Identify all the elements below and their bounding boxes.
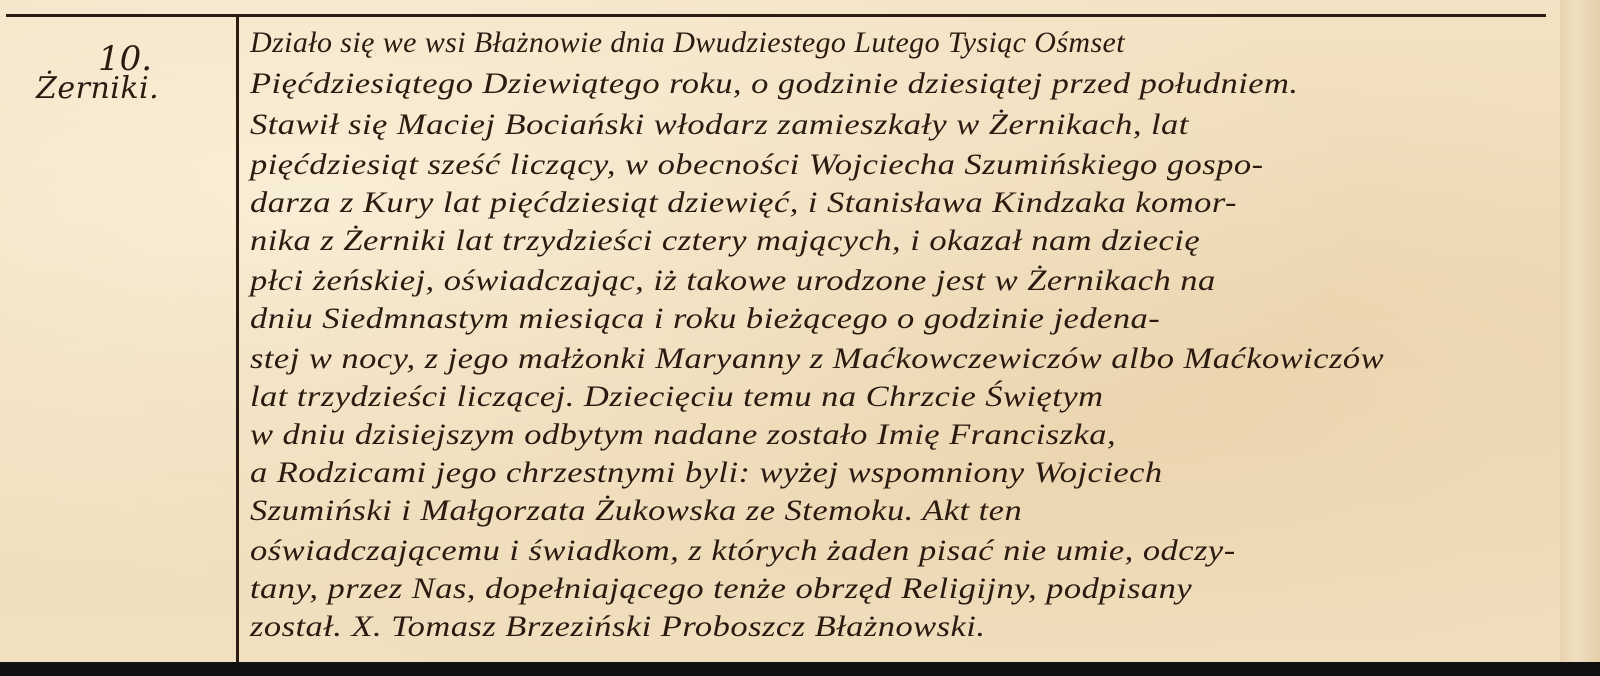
text-line: Działo się we wsi Błażnowie dnia Dwudzie… bbox=[250, 26, 1540, 60]
margin-village-name: Żerniki. bbox=[36, 71, 159, 106]
text-line: płci żeńskiej, oświadczając, iż takowe u… bbox=[250, 264, 1216, 298]
text-line: Szumiński i Małgorzata Żukowska ze Stemo… bbox=[250, 494, 1022, 528]
bottom-border bbox=[0, 662, 1600, 676]
register-page: 10. Żerniki. Działo się we wsi Błażnowie… bbox=[0, 0, 1560, 662]
text-line: lat trzydzieści liczącej. Dziecięciu tem… bbox=[250, 380, 1103, 414]
text-line: nika z Żerniki lat trzydzieści cztery ma… bbox=[250, 224, 1200, 258]
text-line: a Rodzicami jego chrzestnymi byli: wyżej… bbox=[250, 456, 1163, 490]
text-line: stej w nocy, z jego małżonki Maryanny z … bbox=[250, 342, 1384, 376]
column-divider bbox=[236, 14, 239, 662]
text-line: oświadczającemu i świadkom, z których ża… bbox=[250, 534, 1236, 568]
margin-column: 10. Żerniki. bbox=[0, 17, 236, 662]
text-line: tany, przez Nas, dopełniającego tenże ob… bbox=[250, 572, 1192, 606]
text-line: pięćdziesiąt sześć liczący, w obecności … bbox=[250, 148, 1264, 182]
text-line: w dniu dzisiejszym odbytym nadane został… bbox=[250, 418, 1116, 452]
text-line: dniu Siedmnastym miesiąca i roku bieżące… bbox=[250, 302, 1160, 336]
text-line: Stawił się Maciej Bociański włodarz zami… bbox=[250, 108, 1189, 142]
text-line: darza z Kury lat pięćdziesiąt dziewięć, … bbox=[250, 186, 1237, 220]
page-right-edge bbox=[1560, 0, 1600, 662]
text-line: został. X. Tomasz Brzeziński Proboszcz B… bbox=[250, 610, 985, 644]
text-line: Pięćdziesiątego Dziewiątego roku, o godz… bbox=[250, 67, 1298, 101]
